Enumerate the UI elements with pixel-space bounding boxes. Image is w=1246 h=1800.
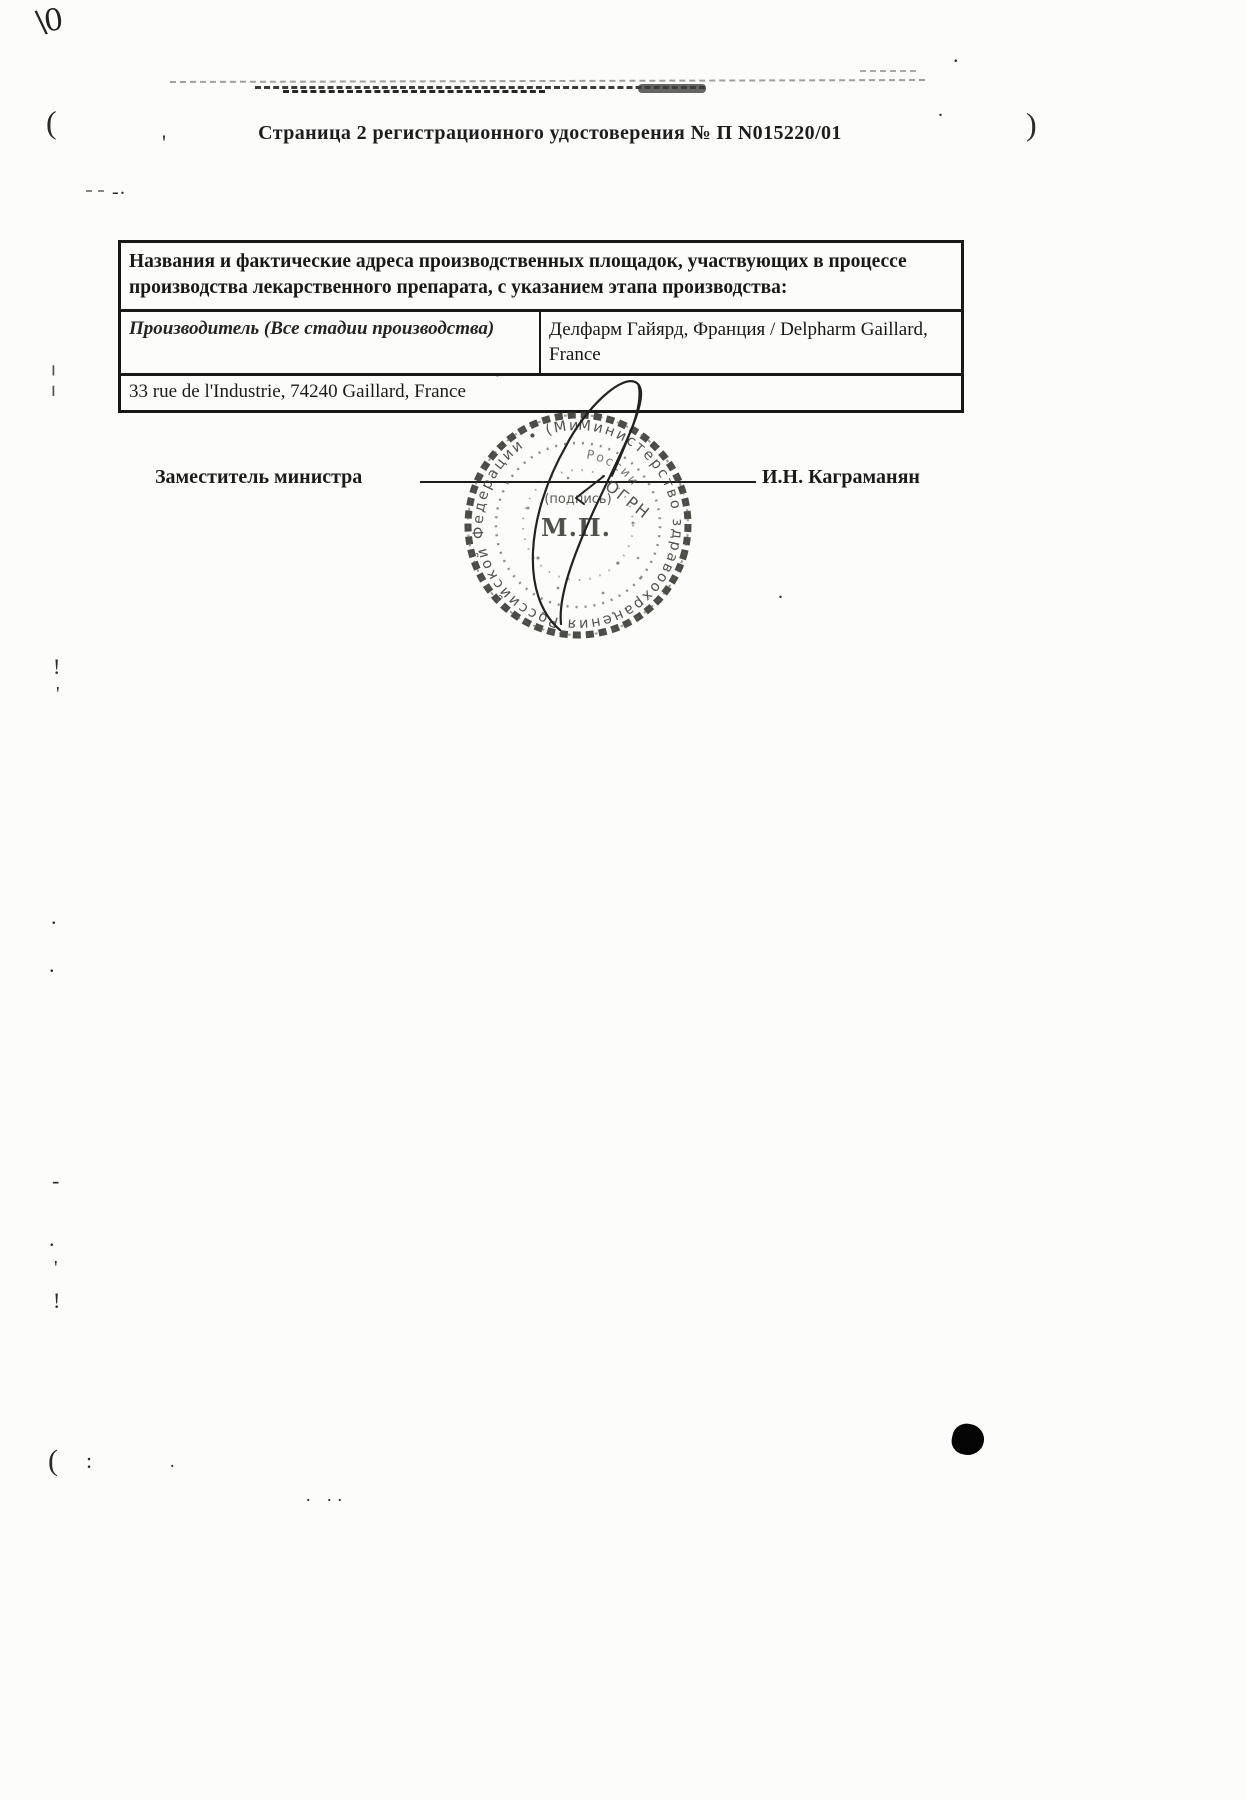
scan-mark: : (86, 1450, 92, 1472)
scan-mark: . (51, 906, 57, 928)
scan-mark: ( (46, 106, 57, 138)
scan-mark: - (52, 1170, 59, 1192)
scan-mark: ' (54, 1258, 58, 1278)
scan-mark: ( (48, 1446, 58, 1476)
scan-mark: . (49, 954, 55, 976)
scan-mark: . (938, 100, 943, 120)
scan-noise-line (283, 90, 545, 93)
table-header-cell: Названия и фактические адреса производст… (121, 243, 961, 312)
scan-mark: . (778, 582, 783, 602)
stamp-mp-label: М.П. (541, 513, 611, 542)
scan-mark: ! (53, 1290, 60, 1312)
scan-mark: ¦ (50, 362, 57, 396)
scan-mark: . .. (306, 1486, 348, 1504)
signer-title: Заместитель министра (155, 466, 362, 489)
scan-mark: . (49, 1228, 55, 1250)
scan-noise-line (86, 190, 104, 192)
handwritten-corner-mark: \0 (34, 2, 64, 40)
scan-mark: . (953, 44, 959, 66)
scan-mark: ' (162, 132, 166, 154)
scan-mark: . (170, 1452, 175, 1470)
signer-name: И.Н. Каграманян (762, 466, 920, 489)
scan-mark: ' (56, 684, 60, 704)
scanned-certificate-page: \0 ( ) ' - . ¦ ! ' . . - . ' ! ( : . . .… (0, 0, 1246, 1800)
scan-noise-line (170, 79, 925, 83)
punch-hole-dot (949, 1421, 987, 1458)
ministry-round-stamp: Министерство здравоохранения Российской … (408, 358, 752, 688)
scan-noise-line (860, 70, 916, 72)
scan-mark: ! (53, 656, 60, 678)
scan-mark: . (120, 178, 125, 198)
scan-noise-blob (638, 84, 706, 93)
stamp-graphic: Министерство здравоохранения Российской … (408, 358, 752, 688)
scan-mark: ) (1026, 108, 1037, 140)
page-header: Страница 2 регистрационного удостоверени… (180, 122, 920, 145)
scan-mark: - (112, 182, 119, 202)
